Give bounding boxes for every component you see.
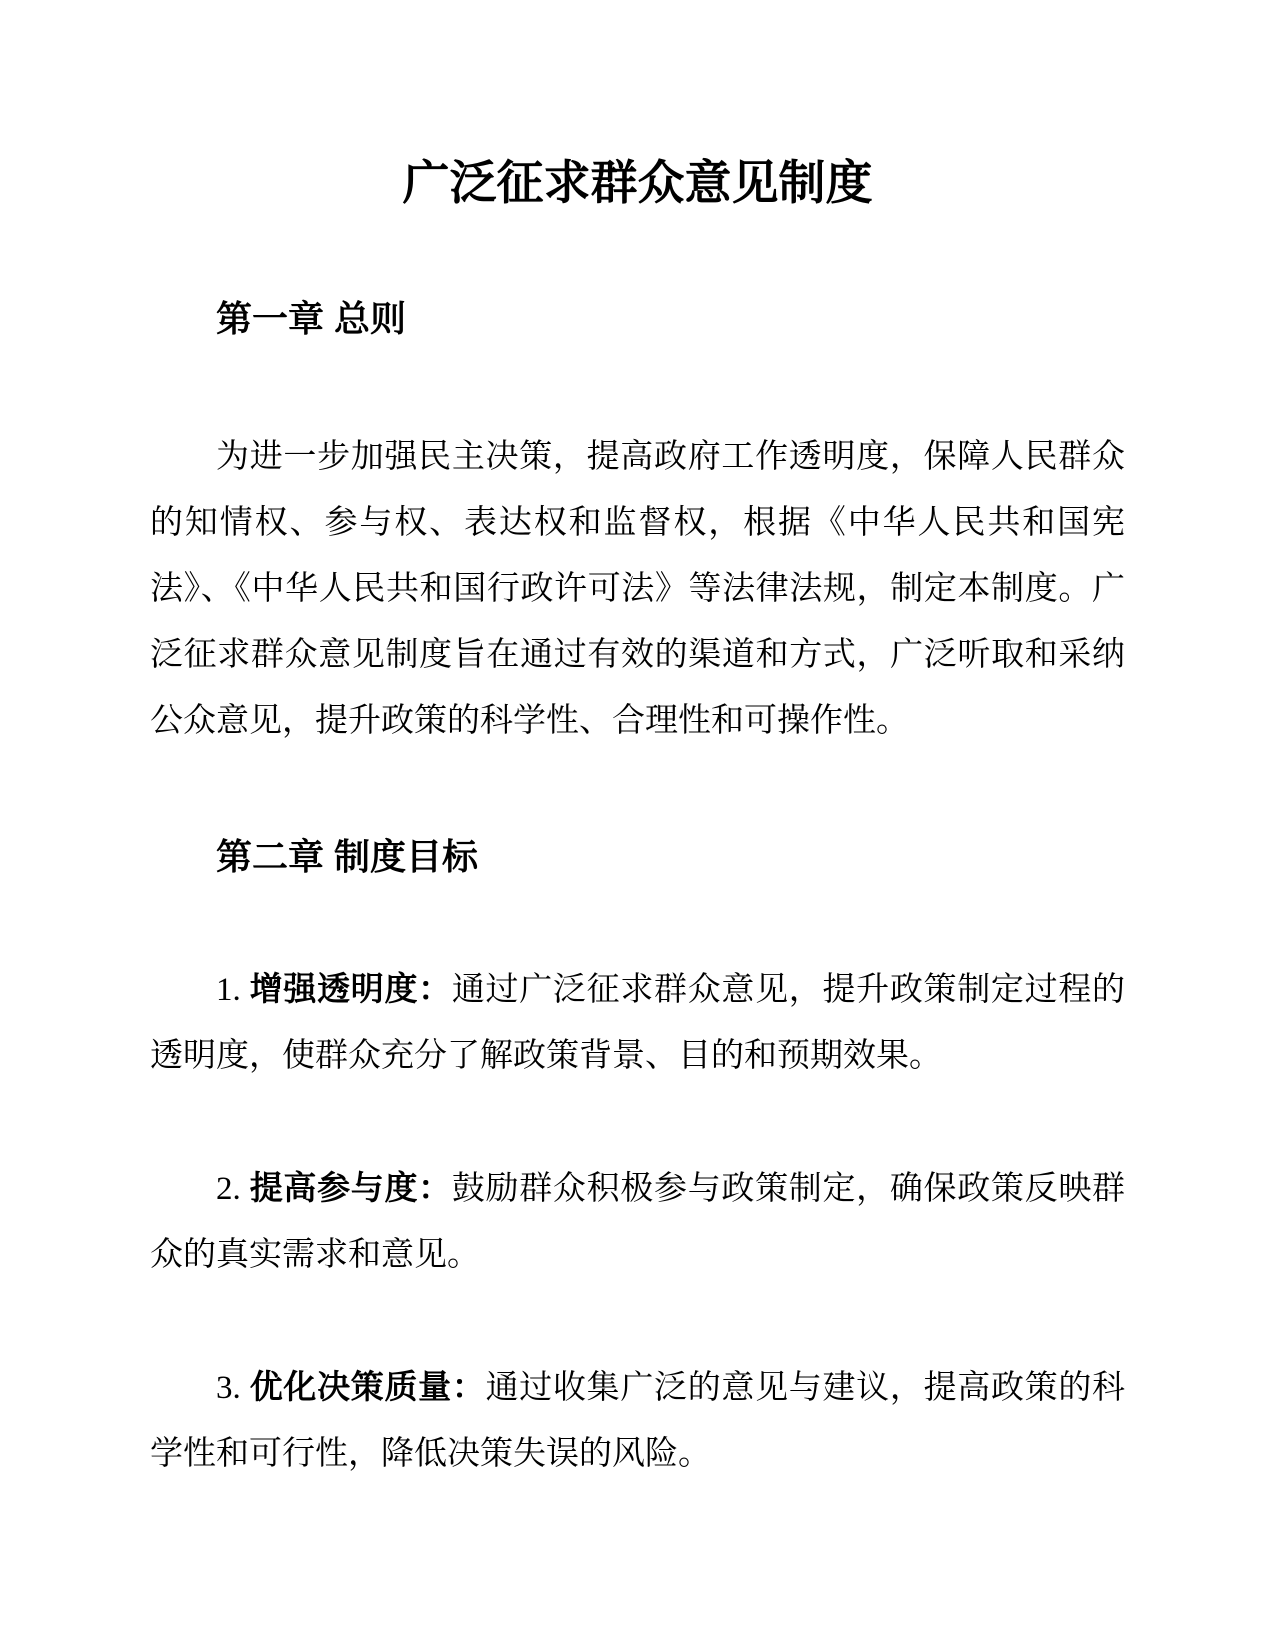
goal-item-2: 2. 提高参与度：鼓励群众积极参与政策制定，确保政策反映群众的真实需求和意见。 [150,1155,1125,1288]
chapter-2-heading: 第二章 制度目标 [216,824,1125,890]
document-title: 广泛征求群众意见制度 [150,150,1125,216]
goal-item-1: 1. 增强透明度：通过广泛征求群众意见，提升政策制定过程的透明度，使群众充分了解… [150,956,1125,1089]
goal-item-3-number: 3. [216,1370,250,1406]
goal-item-1-number: 1. [216,972,250,1008]
goal-item-1-label: 增强透明度： [250,970,452,1007]
chapter-1-paragraph: 为进一步加强民主决策，提高政府工作透明度，保障人民群众的知情权、参与权、表达权和… [150,424,1125,754]
chapter-1-heading: 第一章 总则 [216,286,1125,352]
document-page: 广泛征求群众意见制度 第一章 总则 为进一步加强民主决策，提高政府工作透明度，保… [0,0,1275,1650]
goal-item-2-number: 2. [216,1171,250,1207]
goal-item-3-label: 优化决策质量： [250,1368,486,1405]
goal-item-3: 3. 优化决策质量：通过收集广泛的意见与建议，提高政策的科学性和可行性，降低决策… [150,1354,1125,1487]
goal-item-2-label: 提高参与度： [250,1169,452,1206]
